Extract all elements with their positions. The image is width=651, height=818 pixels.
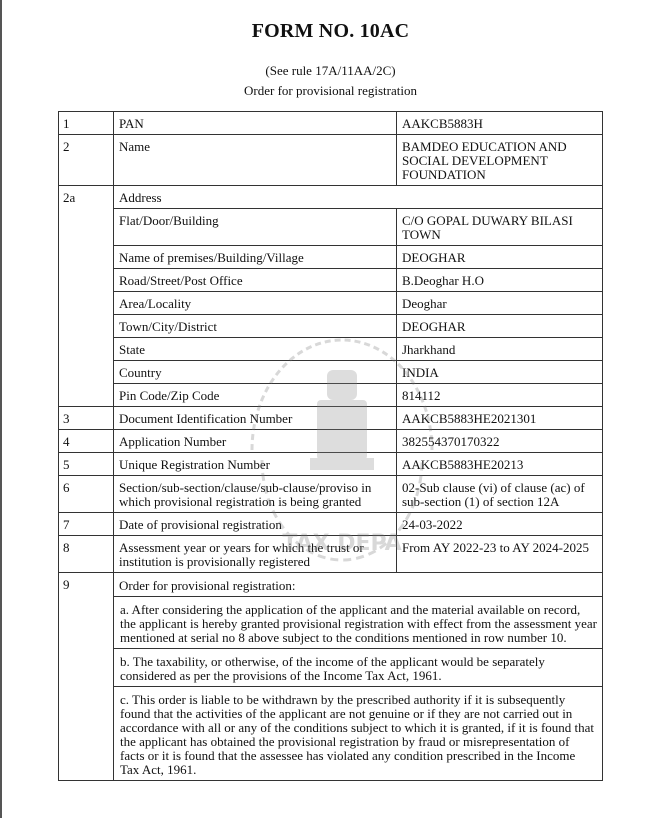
row-number: 3 xyxy=(59,407,114,430)
order-paragraph: a. After considering the application of … xyxy=(59,597,603,649)
field-value: DEOGHAR xyxy=(397,315,603,338)
section-value: 02-Sub clause (vi) of clause (ac) of sub… xyxy=(397,476,603,513)
address-field: Road/Street/Post Office B.Deoghar H.O xyxy=(59,269,603,292)
field-label: Pin Code/Zip Code xyxy=(114,384,397,407)
row-label: Section/sub-section/clause/sub-clause/pr… xyxy=(114,476,397,513)
table-row-name: 2 Name BAMDEO EDUCATION AND SOCIAL DEVEL… xyxy=(59,135,603,186)
address-field: Name of premises/Building/Village DEOGHA… xyxy=(59,246,603,269)
row-label: Application Number xyxy=(114,430,397,453)
field-label: State xyxy=(114,338,397,361)
field-value: Deoghar xyxy=(397,292,603,315)
field-value: 814112 xyxy=(397,384,603,407)
row-number: 4 xyxy=(59,430,114,453)
order-paragraph: c. This order is liable to be withdrawn … xyxy=(59,687,603,781)
field-label: Area/Locality xyxy=(114,292,397,315)
address-field: Pin Code/Zip Code 814112 xyxy=(59,384,603,407)
field-value: Jharkhand xyxy=(397,338,603,361)
form-subtitle: Order for provisional registration xyxy=(0,83,651,99)
name-value: BAMDEO EDUCATION AND SOCIAL DEVELOPMENT … xyxy=(397,135,603,186)
row-label: Unique Registration Number xyxy=(114,453,397,476)
table-row-document-id: 3 Document Identification Number AAKCB58… xyxy=(59,407,603,430)
field-label: Name of premises/Building/Village xyxy=(114,246,397,269)
table-row-section: 6 Section/sub-section/clause/sub-clause/… xyxy=(59,476,603,513)
assessment-years-value: From AY 2022-23 to AY 2024-2025 xyxy=(397,536,603,573)
field-value: DEOGHAR xyxy=(397,246,603,269)
row-label: PAN xyxy=(114,112,397,135)
date-value: 24-03-2022 xyxy=(397,513,603,536)
table-row-date: 7 Date of provisional registration 24-03… xyxy=(59,513,603,536)
row-number: 2 xyxy=(59,135,114,186)
address-field: Area/Locality Deoghar xyxy=(59,292,603,315)
address-field: State Jharkhand xyxy=(59,338,603,361)
row-number: 8 xyxy=(59,536,114,573)
row-label: Date of provisional registration xyxy=(114,513,397,536)
table-row-urn: 5 Unique Registration Number AAKCB5883HE… xyxy=(59,453,603,476)
row-number: 7 xyxy=(59,513,114,536)
table-row-address: 2a Address xyxy=(59,186,603,209)
form-title: FORM NO. 10AC xyxy=(0,20,651,43)
order-paragraph: b. The taxability, or otherwise, of the … xyxy=(59,649,603,687)
row-label: Name xyxy=(114,135,397,186)
row-label: Assessment year or years for which the t… xyxy=(114,536,397,573)
field-value: INDIA xyxy=(397,361,603,384)
row-label: Order for provisional registration: xyxy=(114,573,603,597)
registration-table: 1 PAN AAKCB5883H 2 Name BAMDEO EDUCATION… xyxy=(58,111,603,781)
order-paragraph-b: b. The taxability, or otherwise, of the … xyxy=(114,649,603,687)
table-row-application-number: 4 Application Number 382554370170322 xyxy=(59,430,603,453)
address-field: Country INDIA xyxy=(59,361,603,384)
table-row-assessment-years: 8 Assessment year or years for which the… xyxy=(59,536,603,573)
row-number: 2a xyxy=(59,186,114,407)
order-paragraph-a: a. After considering the application of … xyxy=(114,597,603,649)
document-id-value: AAKCB5883HE2021301 xyxy=(397,407,603,430)
field-value: B.Deoghar H.O xyxy=(397,269,603,292)
address-field: Flat/Door/Building C/O GOPAL DUWARY BILA… xyxy=(59,209,603,246)
row-label: Address xyxy=(114,186,603,209)
field-label: Town/City/District xyxy=(114,315,397,338)
field-label: Country xyxy=(114,361,397,384)
field-value: C/O GOPAL DUWARY BILASI TOWN xyxy=(397,209,603,246)
pan-value: AAKCB5883H xyxy=(397,112,603,135)
order-paragraph-c: c. This order is liable to be withdrawn … xyxy=(114,687,603,781)
field-label: Flat/Door/Building xyxy=(114,209,397,246)
row-label: Document Identification Number xyxy=(114,407,397,430)
table-row-order: 9 Order for provisional registration: xyxy=(59,573,603,597)
row-number: 5 xyxy=(59,453,114,476)
urn-value: AAKCB5883HE20213 xyxy=(397,453,603,476)
form-rule: (See rule 17A/11AA/2C) xyxy=(0,63,651,79)
row-number: 1 xyxy=(59,112,114,135)
address-field: Town/City/District DEOGHAR xyxy=(59,315,603,338)
application-number-value: 382554370170322 xyxy=(397,430,603,453)
field-label: Road/Street/Post Office xyxy=(114,269,397,292)
row-number: 9 xyxy=(59,573,114,781)
page-edge xyxy=(0,0,2,818)
row-number: 6 xyxy=(59,476,114,513)
table-row-pan: 1 PAN AAKCB5883H xyxy=(59,112,603,135)
